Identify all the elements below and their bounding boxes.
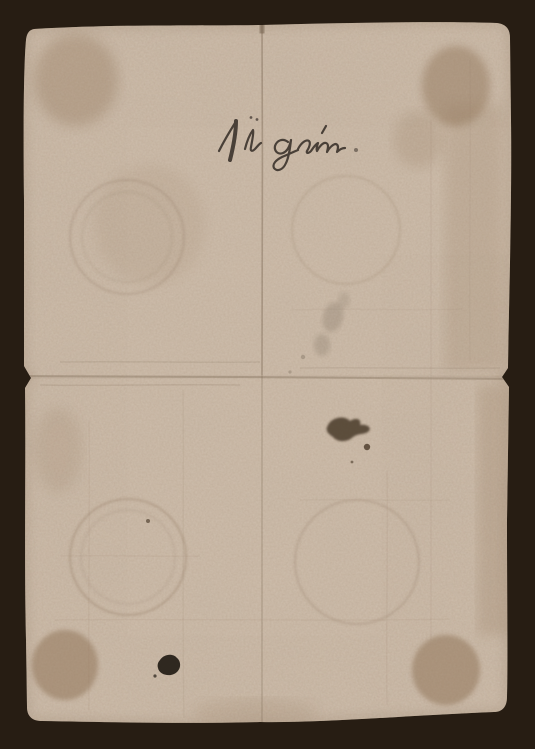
dark-ink-stain-speck xyxy=(351,461,354,464)
crease-streak-3 xyxy=(300,368,500,369)
corner-stain-top-left xyxy=(34,34,118,126)
photo-stage xyxy=(0,0,535,749)
right-edge-dark-band-lower xyxy=(478,385,510,635)
banknote-photo xyxy=(0,0,535,749)
right-edge-dark-band-upper xyxy=(445,105,503,370)
corner-stain-bottom-left xyxy=(32,630,98,700)
inscription-end-dot xyxy=(354,148,358,152)
banknote-paper xyxy=(15,15,525,735)
upper-right-tone-patch xyxy=(393,112,443,168)
dark-ink-stain-dot xyxy=(364,444,370,450)
corner-stain-bottom-right xyxy=(412,635,480,705)
bottom-center-shading xyxy=(193,699,317,725)
left-edge-smudge xyxy=(34,408,82,492)
crease-streak-1 xyxy=(60,362,260,363)
top-fold-notch-shadow xyxy=(260,24,264,33)
crease-streak-2 xyxy=(40,385,240,386)
inscription-dot-2 xyxy=(256,118,259,121)
inscription-dot-1 xyxy=(250,116,253,119)
small-speck-left xyxy=(146,519,150,523)
